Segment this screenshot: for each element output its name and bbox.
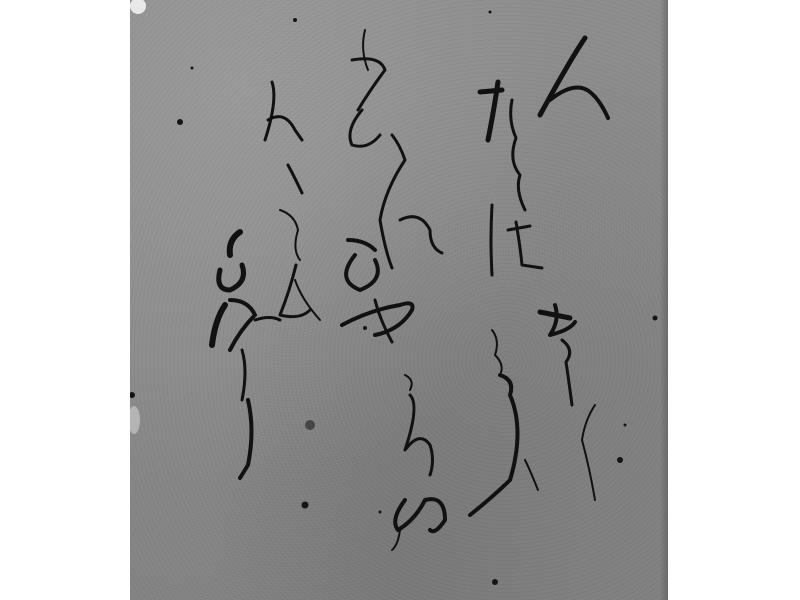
column-1-strokes [480, 38, 608, 500]
paper-damage [130, 0, 146, 14]
ink-specks [130, 11, 658, 586]
column-4-strokes [265, 82, 320, 320]
calligraphy-paper [130, 0, 668, 600]
column-3-strokes [342, 240, 445, 550]
paper-damage [130, 406, 140, 434]
column-5-strokes [212, 232, 280, 478]
calligraphy-strokes [130, 0, 668, 600]
